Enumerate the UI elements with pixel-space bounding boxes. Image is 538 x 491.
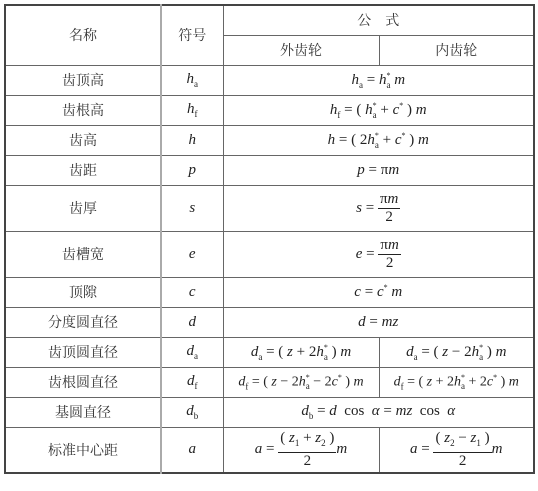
- row-formula: e = πm2: [223, 231, 534, 277]
- row-formula: s = πm2: [223, 185, 534, 231]
- table-row: 齿顶圆直径 da da = ( z + 2h*a ) m da = ( z − …: [5, 337, 534, 367]
- table-row: 齿距 p p = πm: [5, 155, 534, 185]
- row-name: 齿槽宽: [5, 231, 161, 277]
- row-name: 齿顶高: [5, 65, 161, 95]
- row-formula-external: a = ( z1 + z2 )2m: [223, 427, 379, 473]
- header-name: 名称: [5, 5, 161, 65]
- row-formula: c = c* m: [223, 277, 534, 307]
- row-formula: ha = h*a m: [223, 65, 534, 95]
- row-name: 齿根高: [5, 95, 161, 125]
- row-name: 基圆直径: [5, 397, 161, 427]
- row-symbol: c: [161, 277, 223, 307]
- row-formula: h = ( 2h*a + c* ) m: [223, 125, 534, 155]
- table-row: 分度圆直径 d d = mz: [5, 307, 534, 337]
- row-symbol: da: [161, 337, 223, 367]
- row-symbol: p: [161, 155, 223, 185]
- table-row: 齿厚 s s = πm2: [5, 185, 534, 231]
- header-symbol: 符号: [161, 5, 223, 65]
- row-formula-internal: da = ( z − 2h*a ) m: [379, 337, 534, 367]
- row-name: 顶隙: [5, 277, 161, 307]
- table-row: 齿顶高 ha ha = h*a m: [5, 65, 534, 95]
- row-symbol: db: [161, 397, 223, 427]
- row-formula-external: df = ( z − 2h*a − 2c* ) m: [223, 367, 379, 397]
- row-name: 齿顶圆直径: [5, 337, 161, 367]
- gear-formula-table: 名称 符号 公 式 外齿轮 内齿轮 齿顶高 ha ha = h*a m 齿根高 …: [4, 4, 535, 474]
- row-formula: p = πm: [223, 155, 534, 185]
- row-symbol: hf: [161, 95, 223, 125]
- header-external-gear: 外齿轮: [223, 35, 379, 65]
- row-formula-internal: df = ( z + 2h*a + 2c* ) m: [379, 367, 534, 397]
- row-formula: d = mz: [223, 307, 534, 337]
- row-formula-external: da = ( z + 2h*a ) m: [223, 337, 379, 367]
- row-formula-internal: a = ( z2 − z1 )2m: [379, 427, 534, 473]
- table-row: 基圆直径 db db = d cos α = mz cos α: [5, 397, 534, 427]
- row-symbol: e: [161, 231, 223, 277]
- table-row: 齿槽宽 e e = πm2: [5, 231, 534, 277]
- table-row: 齿高 h h = ( 2h*a + c* ) m: [5, 125, 534, 155]
- table-row: 齿根高 hf hf = ( h*a + c* ) m: [5, 95, 534, 125]
- row-formula: hf = ( h*a + c* ) m: [223, 95, 534, 125]
- row-symbol: d: [161, 307, 223, 337]
- row-name: 标准中心距: [5, 427, 161, 473]
- row-symbol: h: [161, 125, 223, 155]
- row-formula: db = d cos α = mz cos α: [223, 397, 534, 427]
- row-symbol: a: [161, 427, 223, 473]
- header-formula: 公 式: [223, 5, 534, 35]
- table-row: 齿根圆直径 df df = ( z − 2h*a − 2c* ) m df = …: [5, 367, 534, 397]
- row-symbol: s: [161, 185, 223, 231]
- row-symbol: df: [161, 367, 223, 397]
- row-symbol: ha: [161, 65, 223, 95]
- header-internal-gear: 内齿轮: [379, 35, 534, 65]
- row-name: 齿距: [5, 155, 161, 185]
- table-row: 标准中心距 a a = ( z1 + z2 )2m a = ( z2 − z1 …: [5, 427, 534, 473]
- row-name: 齿根圆直径: [5, 367, 161, 397]
- row-name: 齿高: [5, 125, 161, 155]
- row-name: 齿厚: [5, 185, 161, 231]
- row-name: 分度圆直径: [5, 307, 161, 337]
- table-row: 顶隙 c c = c* m: [5, 277, 534, 307]
